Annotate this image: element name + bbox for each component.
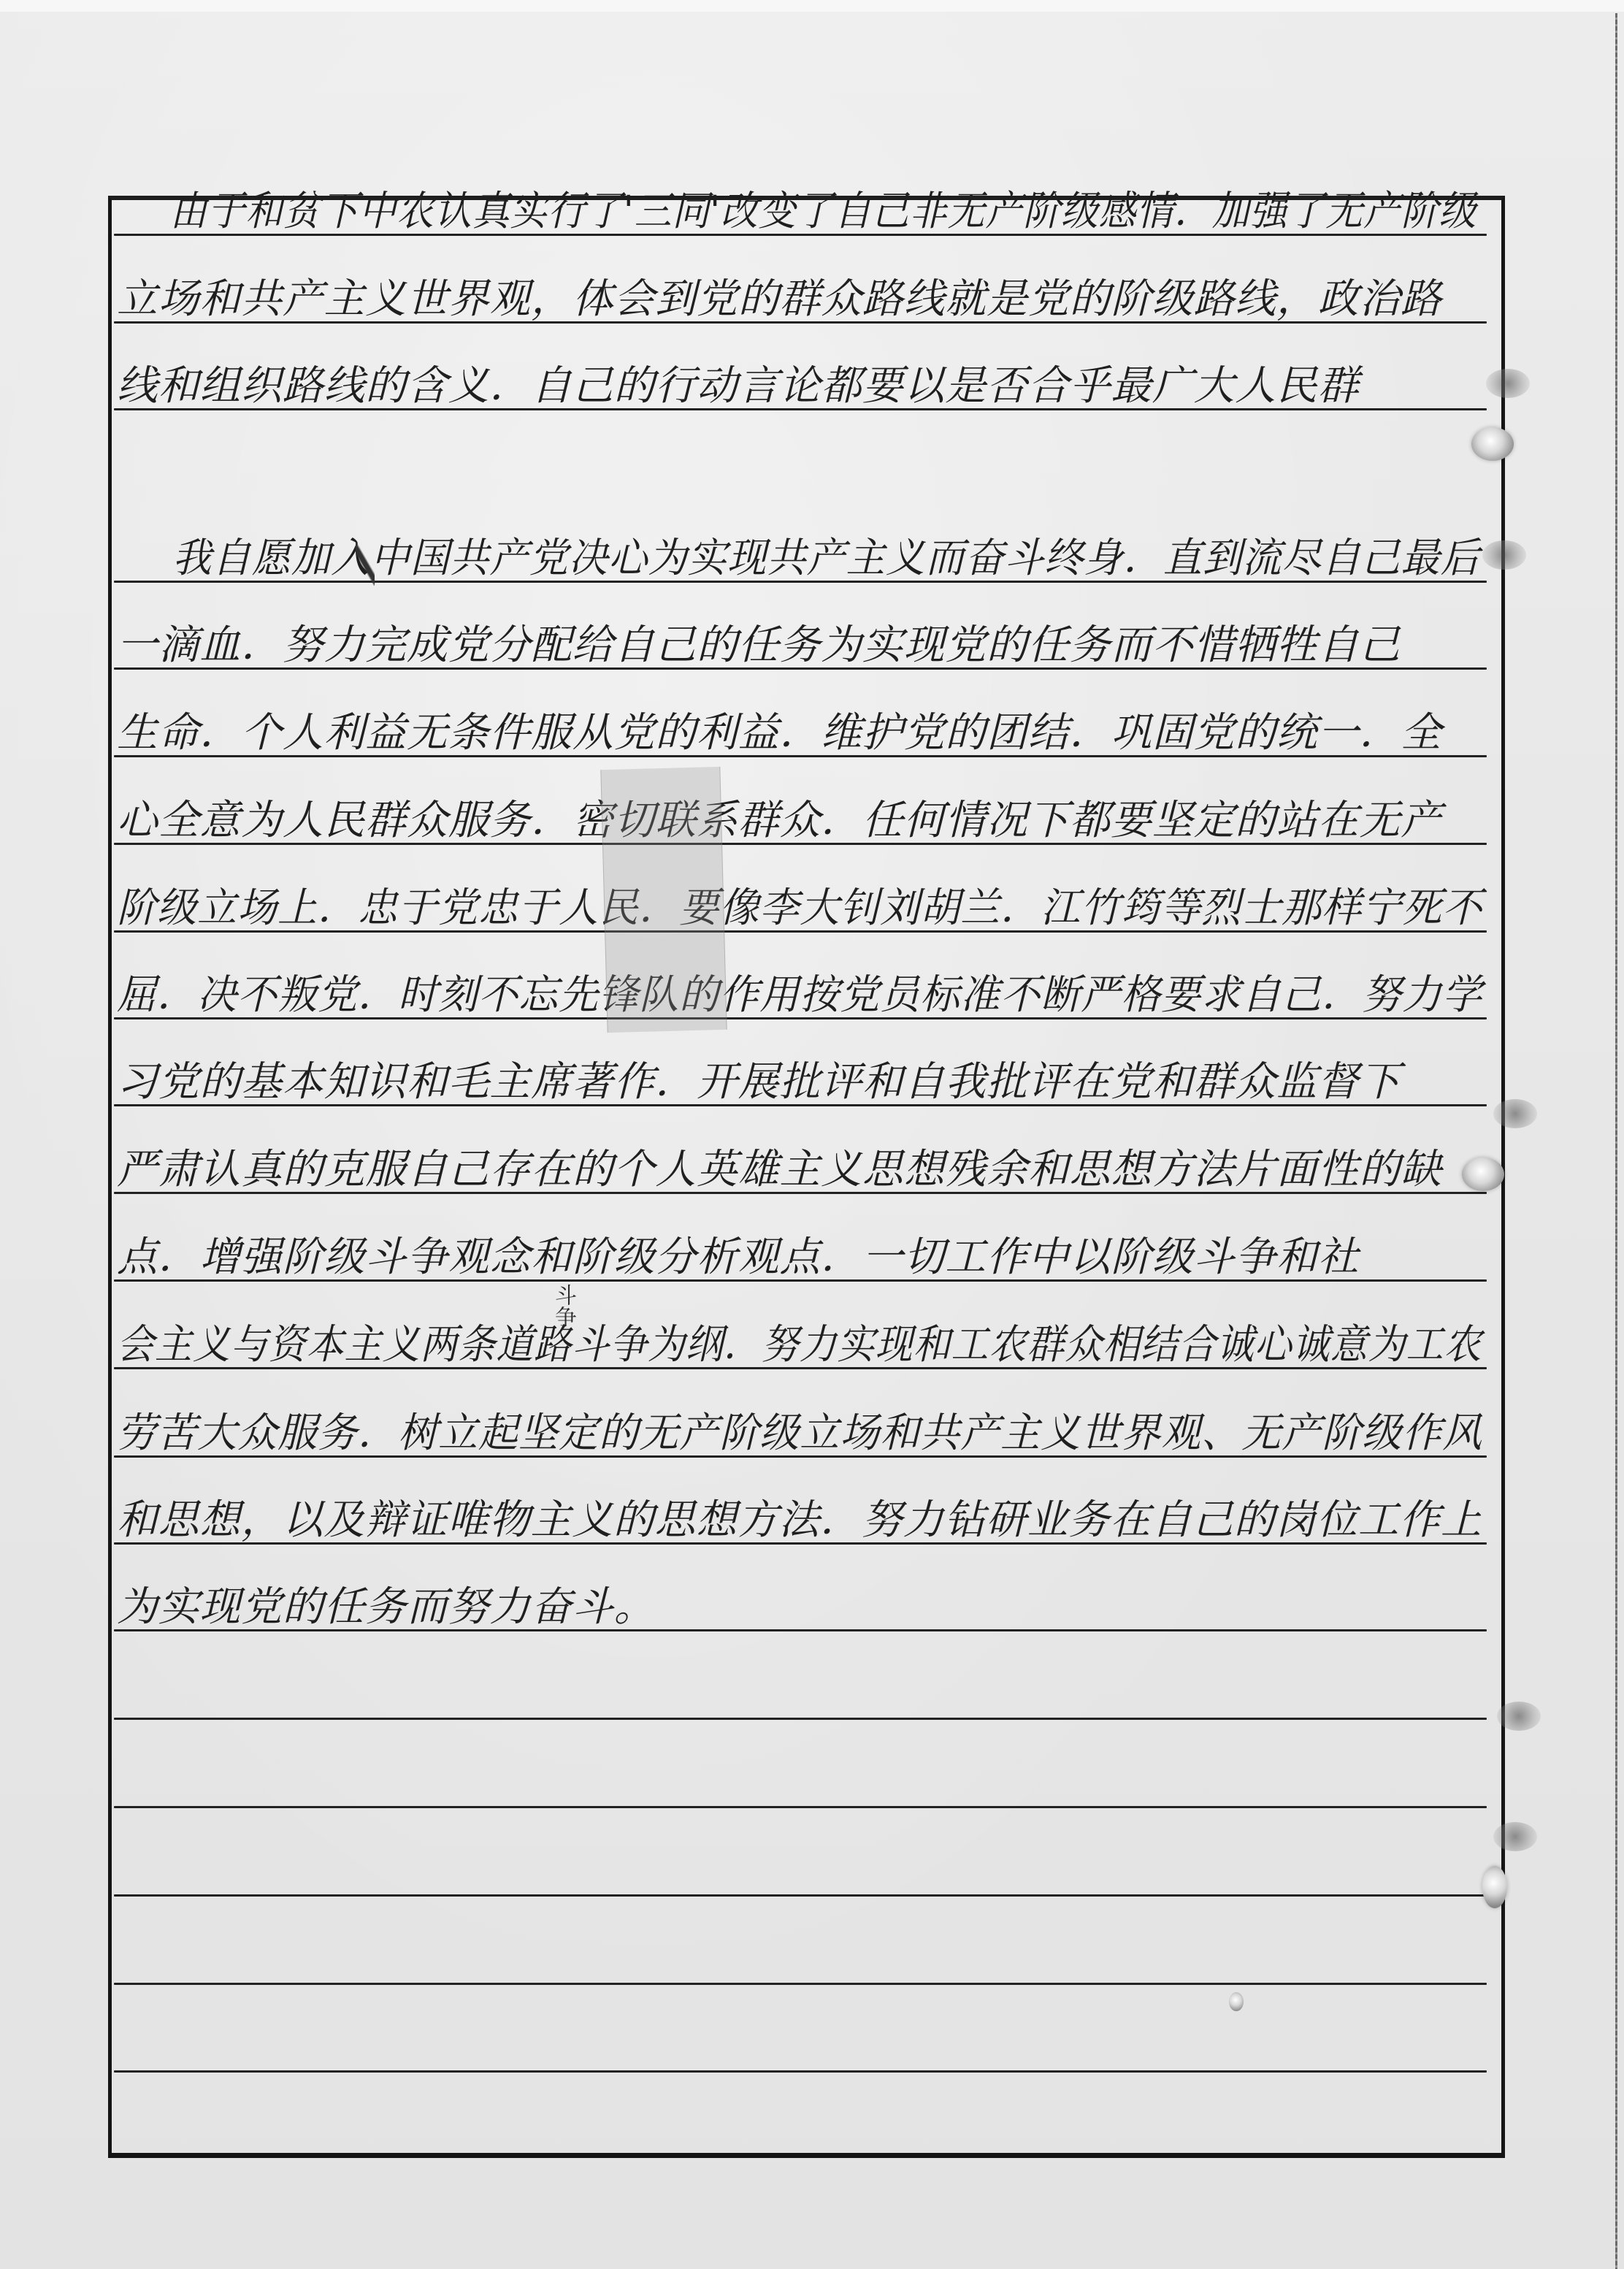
handwritten-line: 屈．决不叛党．时刻不忘先锋队的作用按党员标准不断严格要求自己．努力学 <box>117 970 1441 1021</box>
blank-ruled-line <box>114 1718 1487 1720</box>
ink-smudge <box>1493 1099 1537 1128</box>
handwritten-line: 严肃认真的克服自己存在的个人英雄主义思想残余和思想方法片面性的缺 <box>117 1144 1483 1195</box>
insertion-annotation: 斗争 <box>551 1284 575 1328</box>
handwritten-line: 立场和共产主义世界观，体会到党的群众路线就是党的阶级路线，政治路 <box>117 274 1483 325</box>
scan-top-margin <box>0 0 1624 12</box>
ink-smudge <box>1486 369 1530 398</box>
handwritten-line: 生命．个人利益无条件服从党的利益．维护党的团结．巩固党的统一．全 <box>117 708 1483 759</box>
handwritten-line: 和思想，以及辩证唯物主义的思想方法．努力钻研业务在自己的岗位工作上 <box>117 1495 1482 1546</box>
blank-ruled-line <box>114 1983 1487 1985</box>
handwritten-line: 为实现党的任务而努力奋斗。 <box>117 1582 1483 1633</box>
handwritten-line: 心全意为人民群众服务．密切联系群众．任何情况下都要坚定的站在无产 <box>117 795 1483 846</box>
handwritten-line: 习党的基本知识和毛主席著作．开展批评和自我批评在党和群众监督下 <box>117 1057 1483 1108</box>
handwritten-line: 由于和贫下中农认真实行了'三同'改变了自己非无产阶级感情．加强了无产阶级 <box>117 186 1417 237</box>
punch-hole <box>1482 1866 1507 1908</box>
handwritten-line: 劳苦大众服务．树立起坚定的无产阶级立场和共产主义世界观、无产阶级作风 <box>117 1408 1441 1459</box>
punch-hole <box>1471 427 1514 461</box>
crossed-out-mark <box>356 542 375 586</box>
blank-ruled-line <box>114 1894 1487 1897</box>
handwritten-line: 会主义与资本主义两条道路斗争为纲．努力实现和工农群众相结合诚心诚意为工农 <box>117 1320 1368 1371</box>
ink-smudge <box>1497 1702 1541 1731</box>
ink-smudge <box>1482 540 1526 570</box>
page-edge <box>1615 13 1617 2269</box>
handwritten-line: 阶级立场上．忠于党忠于人民．要像李大钊刘胡兰．江竹筠等烈士那样宁死不 <box>117 883 1441 934</box>
paper-page: 由于和贫下中农认真实行了'三同'改变了自己非无产阶级感情．加强了无产阶级 立场和… <box>0 0 1624 2269</box>
paper-speck <box>1229 1992 1244 2011</box>
handwritten-line: 我自愿加入中国共产党决心为实现共产主义而奋斗终身．直到流尽自己最后 <box>117 533 1479 584</box>
handwritten-line: 线和组织路线的含义．自己的行动言论都要以是否合乎最广大人民群 <box>117 361 1483 412</box>
tape-strip <box>600 767 727 1033</box>
blank-ruled-line <box>114 2070 1487 2073</box>
ink-smudge <box>1493 1822 1537 1851</box>
punch-hole <box>1462 1158 1504 1191</box>
handwritten-line: 一滴血．努力完成党分配给自己的任务为实现党的任务而不惜牺牲自己 <box>117 620 1483 671</box>
blank-ruled-line <box>114 1806 1487 1808</box>
handwritten-line: 点．增强阶级斗争观念和阶级分析观点．一切工作中以阶级斗争和社 <box>117 1232 1483 1283</box>
